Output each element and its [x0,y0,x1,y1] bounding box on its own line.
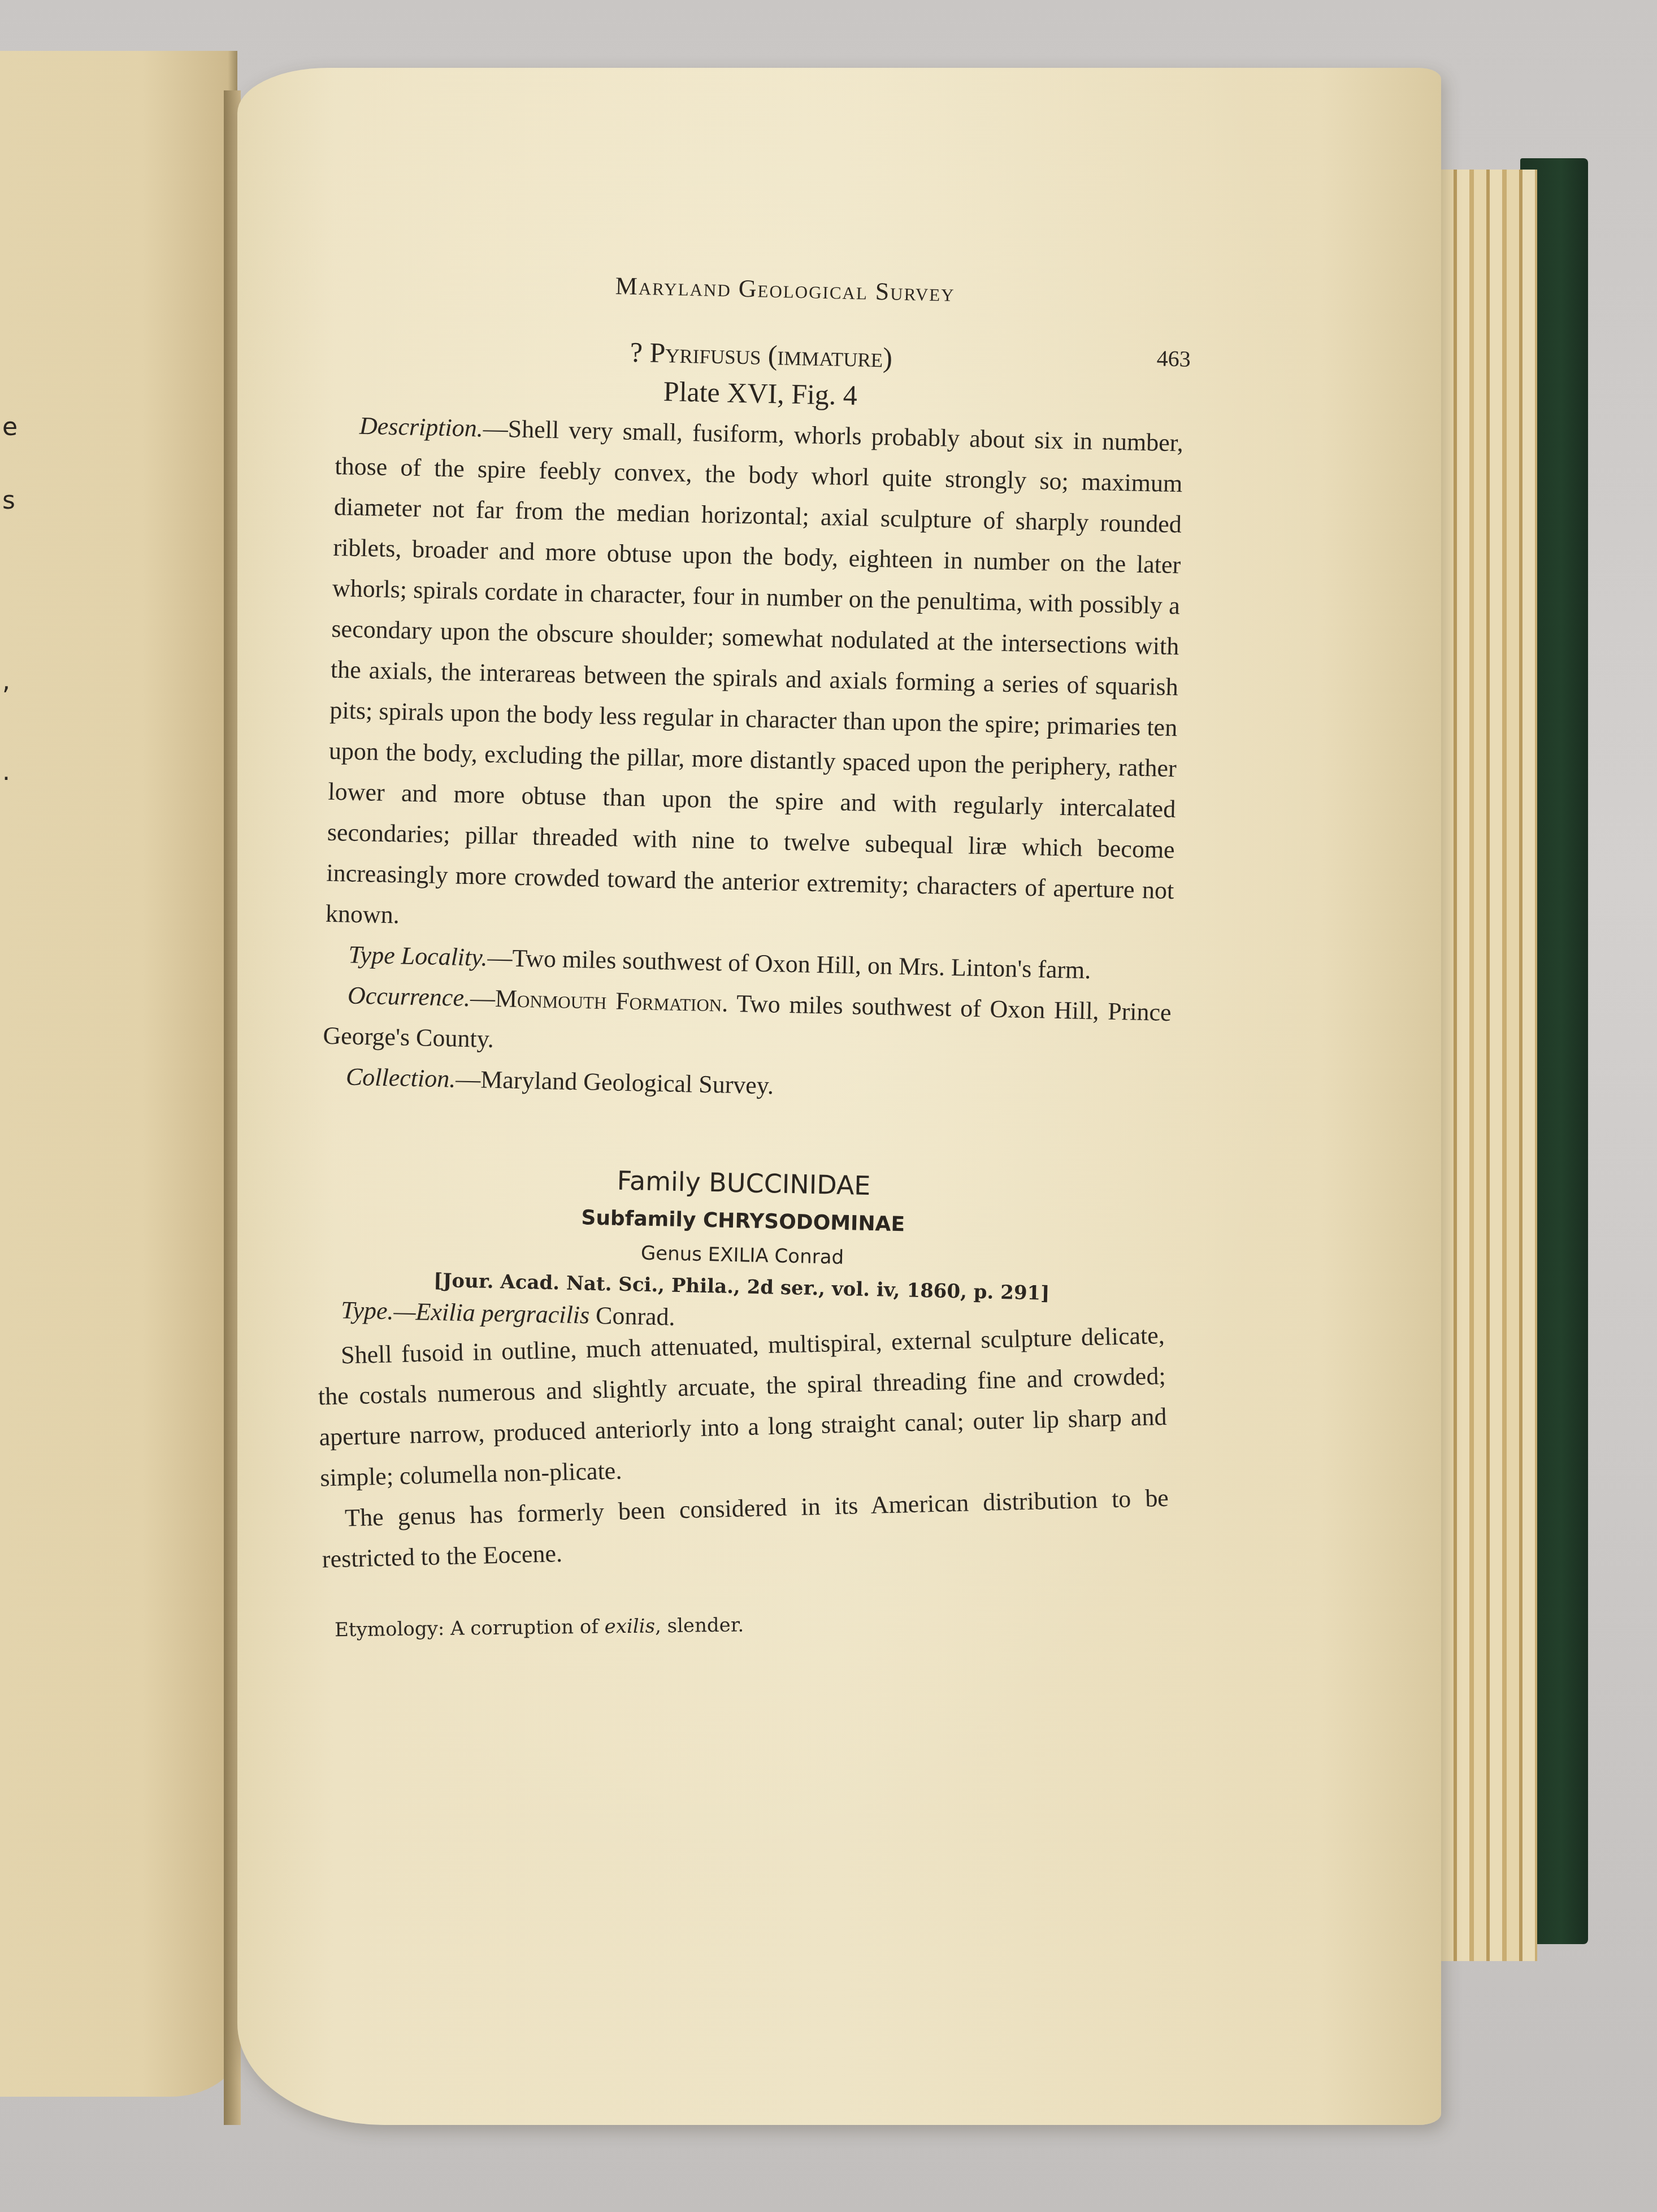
description-text: —Shell very small, fusiform, whorls prob… [325,414,1183,929]
etymology-line: Etymology: A corruption of exilis, slend… [335,1609,1159,1642]
family-heading: Family BUCCINIDAE [320,1159,1168,1207]
etymology-label: Etymology: A corruption of [335,1616,605,1642]
left-page-text-fragment: , [2,667,10,696]
subfamily-heading: Subfamily CHRYSODOMINAE [319,1201,1167,1242]
description-label: Description. [359,412,484,443]
type-author: Conrad. [589,1302,676,1331]
left-page: e s , . [0,51,237,2097]
genus-description-block: Shell fusoid in outline, much attenuated… [316,1315,1170,1580]
occurrence-formation: —Monmouth Formation. [470,984,728,1017]
taxonomy-heading: Family BUCCINIDAE Subfamily CHRYSODOMINA… [318,1159,1168,1307]
type-locality-text: —Two miles southwest of Oxon Hill, on Mr… [487,944,1091,984]
page-content: Maryland Geological Survey 463 ? Pyrifus… [310,266,1187,1659]
page-stack-edge [1424,170,1537,1961]
type-locality-label: Type Locality. [348,941,488,971]
type-species: —Exilia pergracilis [393,1297,590,1329]
description-paragraph: Description.—Shell very small, fusiform,… [325,405,1183,952]
type-label: Type. [341,1296,394,1325]
collection-label: Collection. [345,1063,456,1093]
left-page-text-fragment: . [2,757,10,786]
occurrence-label: Occurrence. [347,982,470,1012]
page-number: 463 [1156,345,1191,372]
genus-description: Shell fusoid in outline, much attenuated… [316,1315,1168,1499]
left-page-text-fragment: s [2,486,15,515]
etymology-rest: , slender. [655,1614,744,1638]
etymology-word: exilis [604,1615,655,1638]
left-page-text-fragment: e [2,413,18,441]
collection-text: —Maryland Geological Survey. [456,1065,774,1100]
